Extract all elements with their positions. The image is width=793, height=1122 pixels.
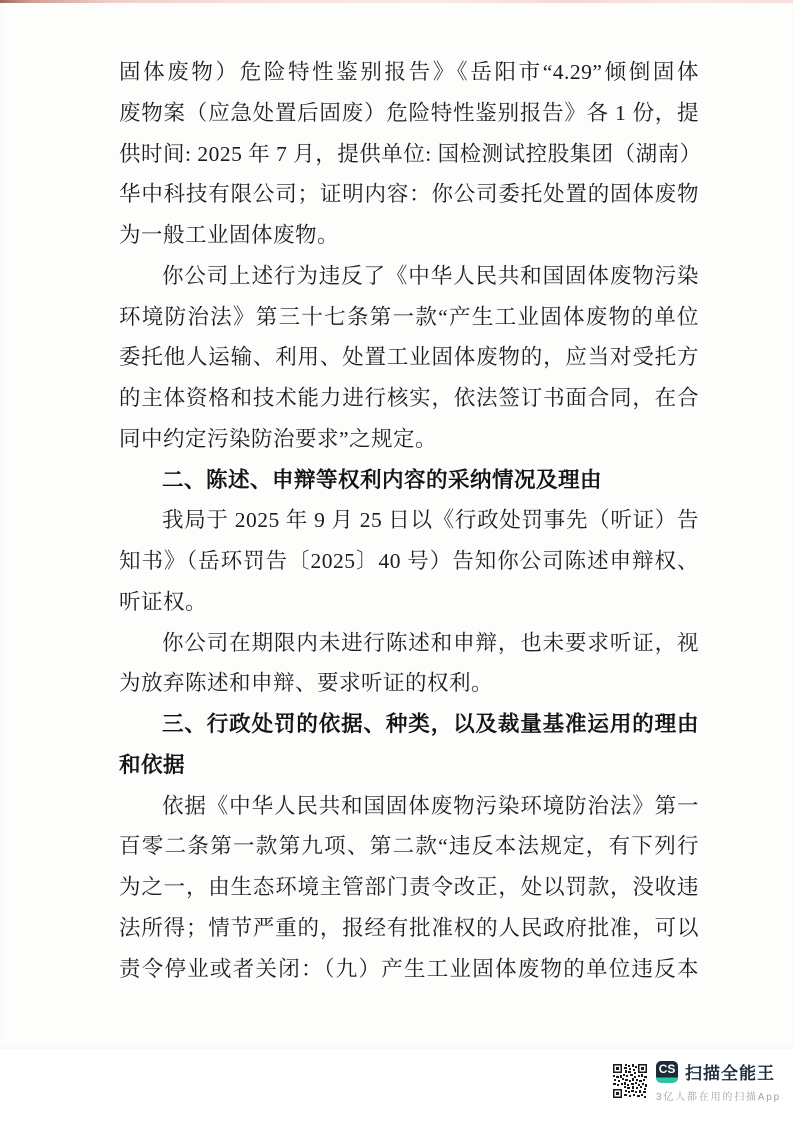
text-line: 委托他人运输、利用、处置工业固体废物的，应当对受托方 <box>119 337 699 378</box>
text-line: 二、陈述、申辩等权利内容的采纳情况及理由 <box>119 460 699 501</box>
text-line: 你公司在期限内未进行陈述和申辩，也未要求听证，视 <box>119 623 699 664</box>
text-line: 供时间: 2025 年 7 月，提供单位: 国检测试控股集团（湖南） <box>119 134 699 175</box>
scanned-page: 固体废物）危险特性鉴别报告》《岳阳市“4.29”倾倒固体废物案（应急处置后固废）… <box>0 0 793 1122</box>
text-line: 固体废物）危险特性鉴别报告》《岳阳市“4.29”倾倒固体 <box>119 52 699 93</box>
text-line: 为之一，由生态环境主管部门责令改正，处以罚款，没收违 <box>119 867 699 908</box>
app-name: 扫描全能王 <box>685 1059 775 1084</box>
camscanner-logo-icon: CS <box>656 1061 678 1083</box>
text-line: 听证权。 <box>119 582 699 623</box>
text-line: 我局于 2025 年 9 月 25 日以《行政处罚事先（听证）告 <box>119 500 699 541</box>
text-line: 的主体资格和技术能力进行核实，依法签订书面合同，在合 <box>119 378 699 419</box>
app-tagline: 3亿人都在用的扫描App <box>656 1088 781 1103</box>
text-line: 你公司上述行为违反了《中华人民共和国固体废物污染 <box>119 256 699 297</box>
text-line: 依据《中华人民共和国固体废物污染环境防治法》第一 <box>119 786 699 827</box>
logo-text: CS <box>659 1061 676 1078</box>
scan-edge-artifact <box>0 0 793 3</box>
text-line: 环境防治法》第三十七条第一款“产生工业固体废物的单位 <box>119 297 699 338</box>
text-line: 和依据 <box>119 745 699 786</box>
text-line: 法所得；情节严重的，报经有批准权的人民政府批准，可以 <box>119 908 699 949</box>
text-line: 为一般工业固体废物。 <box>119 215 699 256</box>
text-line: 为放弃陈述和申辩、要求听证的权利。 <box>119 663 699 704</box>
text-line: 责令停业或者关闭：（九）产生工业固体废物的单位违反本 <box>119 949 699 990</box>
text-line: 同中约定污染防治要求”之规定。 <box>119 419 699 460</box>
text-line: 知书》（岳环罚告〔2025〕40 号）告知你公司陈述申辩权、 <box>119 541 699 582</box>
brand-block: CS 扫描全能王 3亿人都在用的扫描App <box>656 1059 781 1103</box>
text-line: 百零二条第一款第九项、第二款“违反本法规定，有下列行 <box>119 826 699 867</box>
text-line: 废物案（应急处置后固废）危险特性鉴别报告》各 1 份，提 <box>119 93 699 134</box>
camscanner-watermark: CS 扫描全能王 3亿人都在用的扫描App <box>613 1059 781 1103</box>
text-line: 华中科技有限公司；证明内容：你公司委托处置的固体废物 <box>119 174 699 215</box>
text-line: 三、行政处罚的依据、种类，以及裁量基准运用的理由 <box>119 704 699 745</box>
document-body: 固体废物）危险特性鉴别报告》《岳阳市“4.29”倾倒固体废物案（应急处置后固废）… <box>119 52 699 989</box>
qr-code-icon <box>613 1064 647 1098</box>
